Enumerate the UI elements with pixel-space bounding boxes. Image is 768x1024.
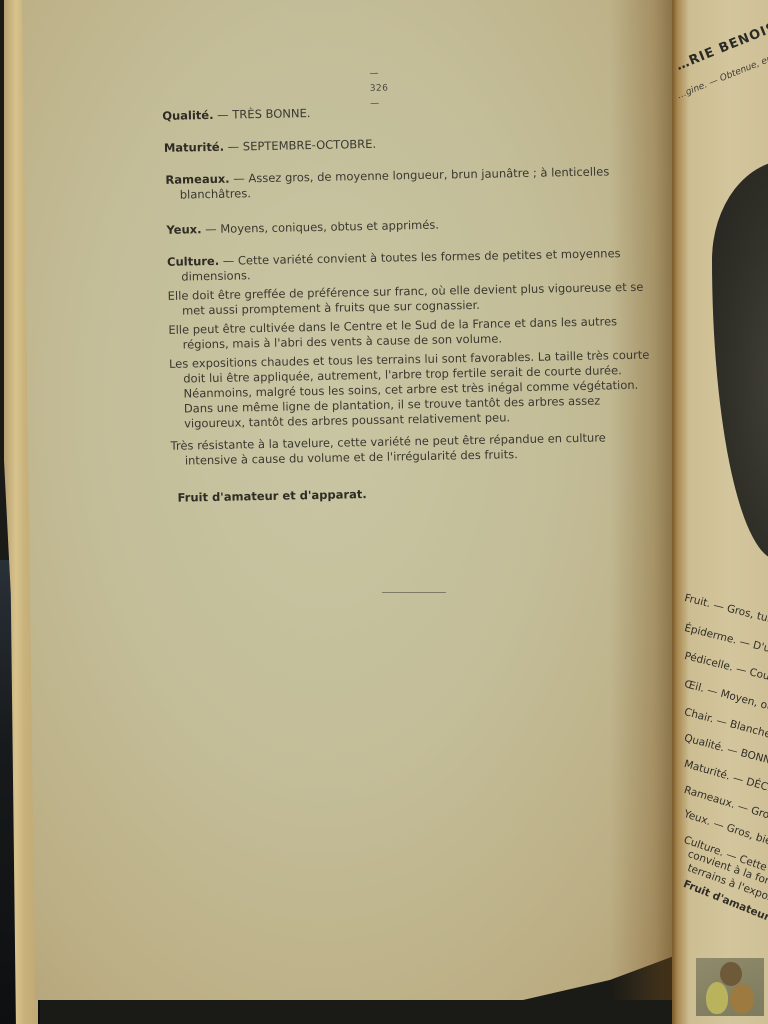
entry-text: — SEPTEMBRE-OCTOBRE. <box>224 137 376 154</box>
entry-text: — TRÈS BONNE. <box>213 106 310 122</box>
entry-label: Qualité. <box>162 108 214 123</box>
entry-label: Yeux. <box>166 222 201 237</box>
entry-label: Rameaux. <box>165 172 229 187</box>
book-photo: — 326 — Qualité. — TRÈS BONNE. Maturité.… <box>0 0 768 1024</box>
entry-label: Maturité. <box>164 140 224 155</box>
end-rule <box>382 592 446 593</box>
watermark-thumbnail <box>696 958 764 1016</box>
entry-label: Culture. <box>167 254 219 269</box>
paragraph: Les expositions chaudes et tous les terr… <box>169 348 654 432</box>
